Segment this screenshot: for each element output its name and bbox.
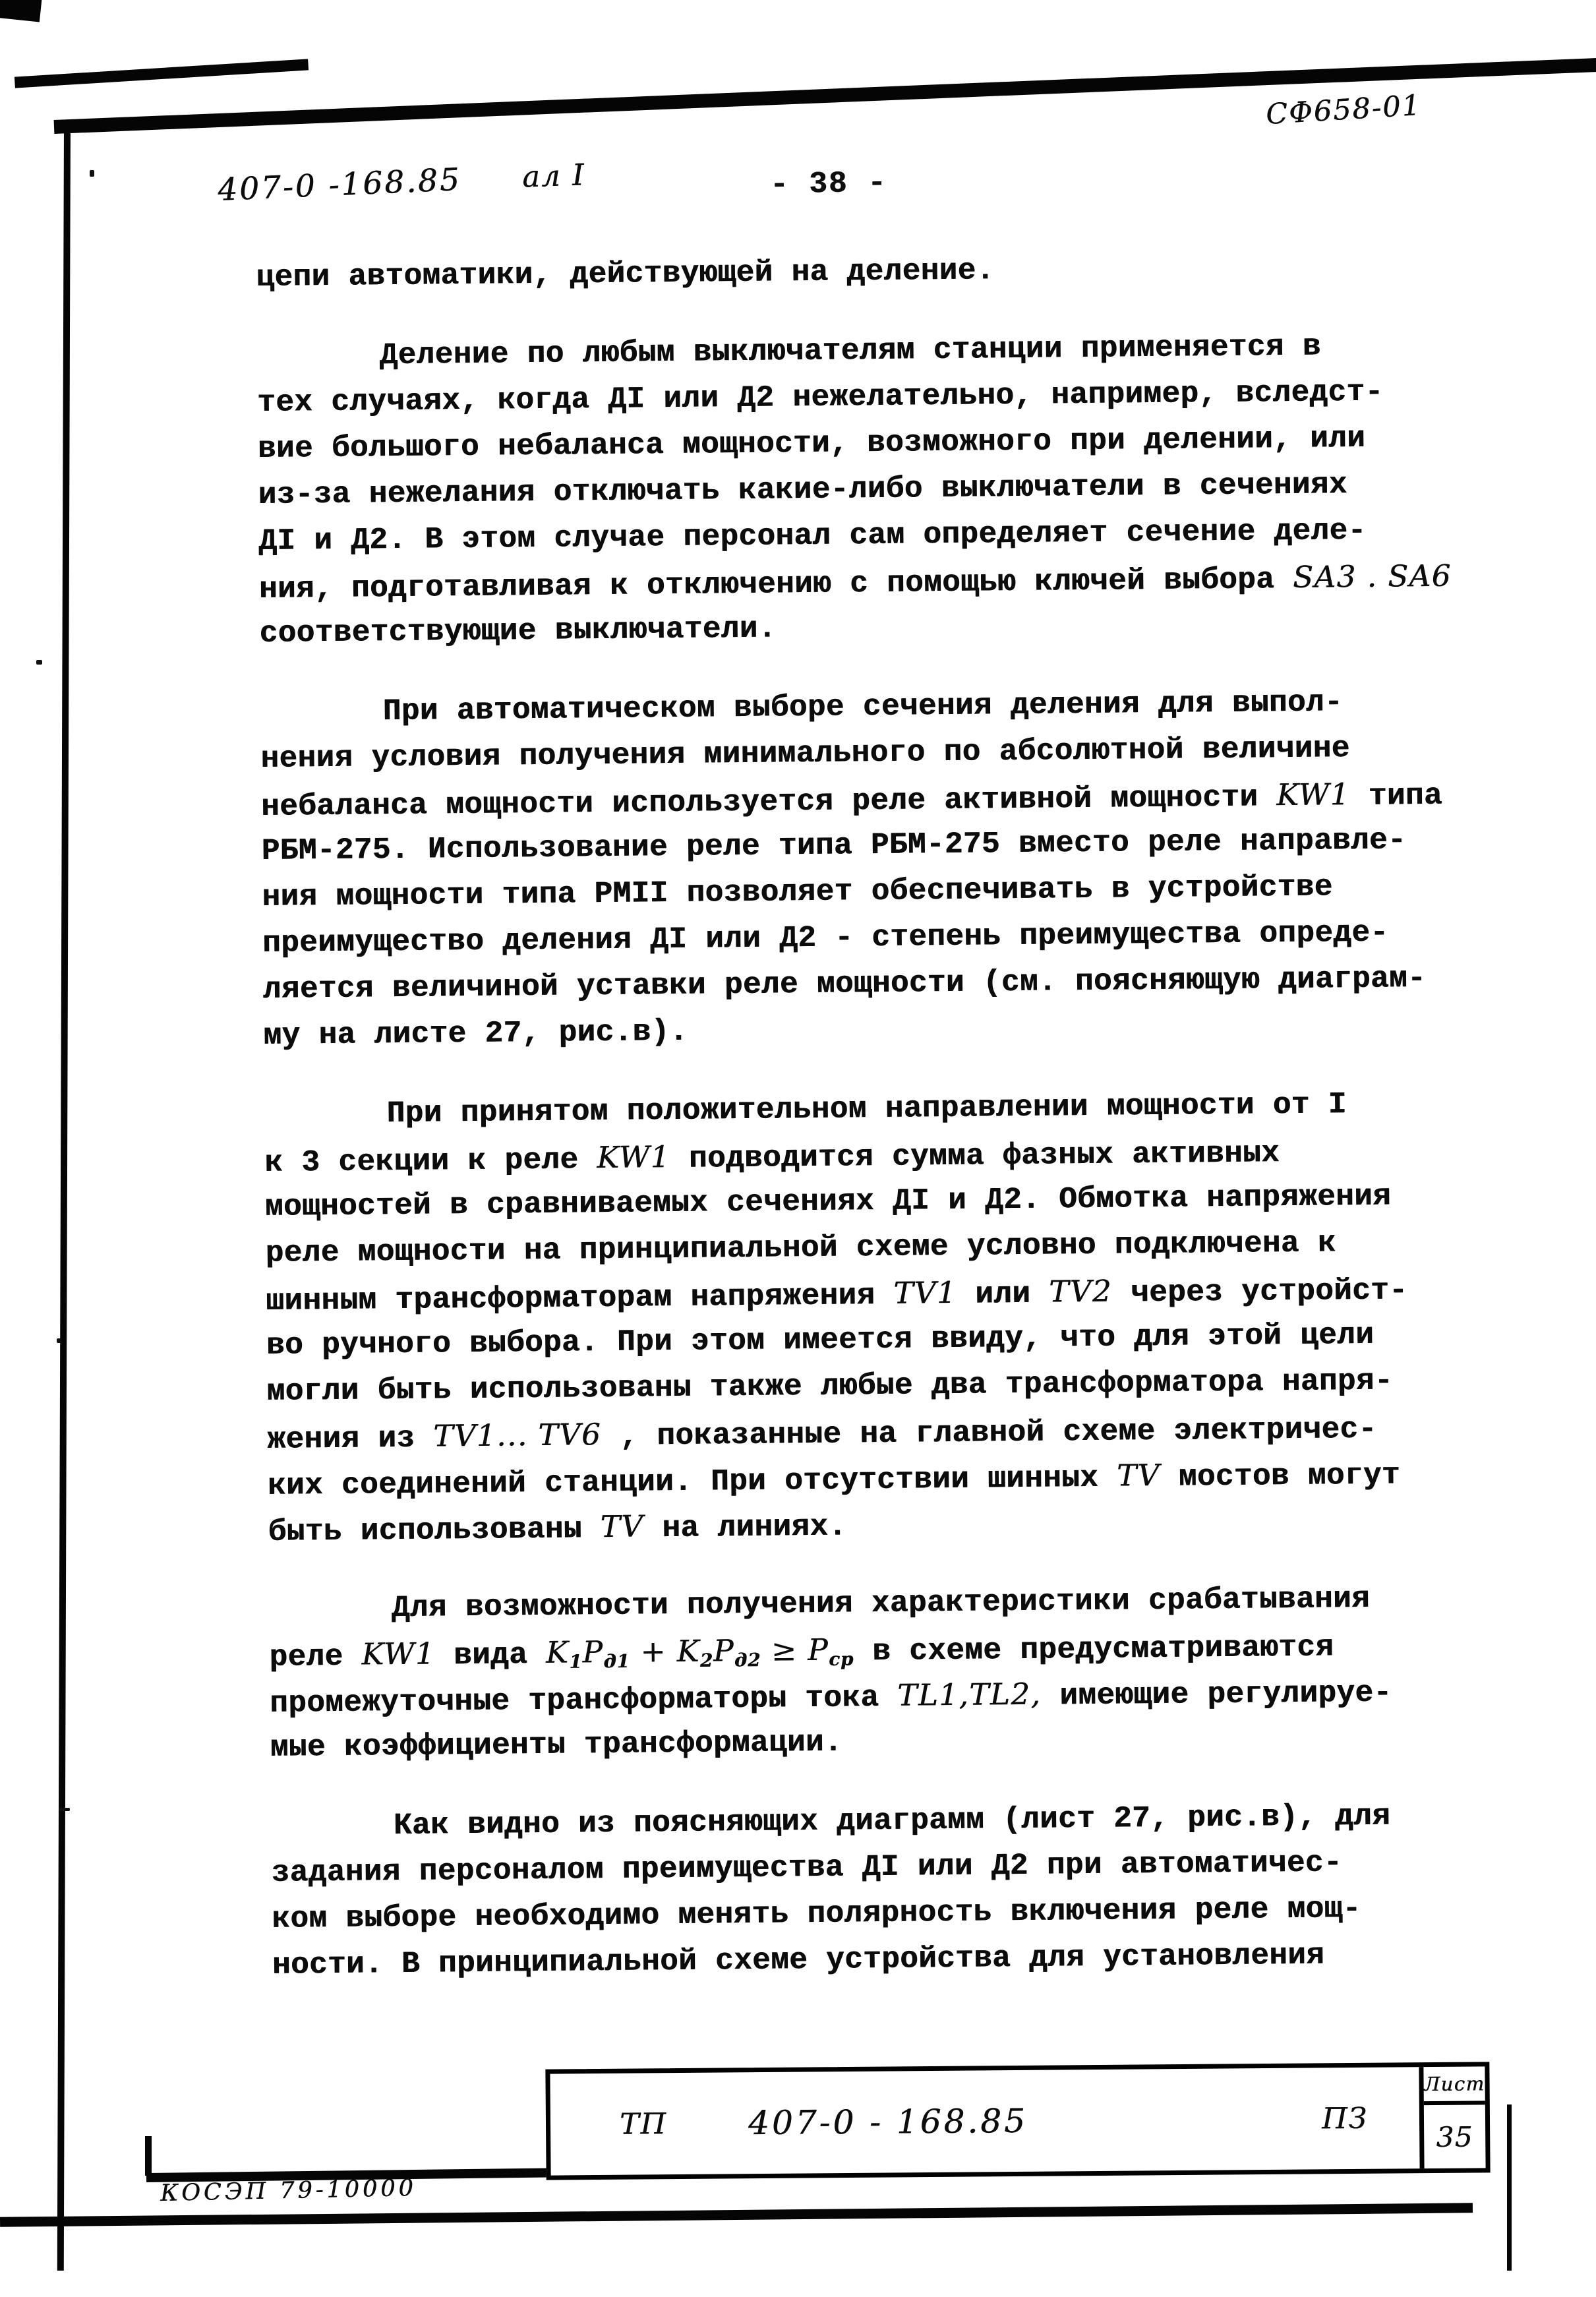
typewritten-text: При автоматическом выборе сечения делени… xyxy=(382,685,1343,729)
typewritten-text: Как видно из поясняющих диаграмм (лист 2… xyxy=(394,1799,1391,1843)
paragraph: Для возможности получения характеристики… xyxy=(268,1574,1467,1770)
right-stray-line xyxy=(1507,2104,1512,2271)
typewritten-text: шинным трансформаторам напряжения xyxy=(266,1278,894,1319)
sheet-number: 35 xyxy=(1424,2104,1486,2168)
typewritten-text: мостов могут xyxy=(1160,1458,1400,1494)
typewritten-text: могли быть использованы также любые два … xyxy=(266,1364,1393,1409)
handwritten-text: KW1 xyxy=(361,1636,435,1671)
paragraph: Как видно из поясняющих диаграмм (лист 2… xyxy=(271,1792,1469,1988)
ink-speck xyxy=(90,170,94,177)
typewritten-text: к 3 секции к реле xyxy=(264,1143,597,1180)
typewritten-text: преимущество деления ДІ или Д2 - степень… xyxy=(262,916,1389,961)
typewritten-text: При принятом положительном направлении м… xyxy=(386,1087,1347,1131)
typewritten-text: Для возможности получения характеристики… xyxy=(391,1582,1370,1625)
handwritten-subscript: 2 xyxy=(700,1650,714,1671)
typewritten-text: реле мощности на принципиальной схеме ус… xyxy=(265,1226,1336,1270)
typewritten-text: имеющие регулируе- xyxy=(1041,1676,1392,1714)
title-block-sheet-cell: Лист 35 xyxy=(1419,2066,1485,2168)
typewritten-text: цепи автоматики, действующей на деление. xyxy=(256,253,995,295)
typewritten-text: Деление по любым выключателям станции пр… xyxy=(379,329,1321,373)
typewritten-text: мые коэффициенты трансформации. xyxy=(270,1725,842,1765)
title-block-tp: ТП xyxy=(620,2107,667,2141)
left-border-line xyxy=(57,123,71,2271)
scan-corner-mark xyxy=(0,0,42,22)
typewritten-text: в схеме предусматриваются xyxy=(854,1630,1334,1669)
typewritten-text: небаланса мощности используется реле акт… xyxy=(261,780,1277,824)
footer-print-code: КОСЭП 79-10000 xyxy=(160,2175,417,2207)
typewritten-text: ДІ и Д2. В этом случае персонал сам опре… xyxy=(258,514,1367,558)
handwritten-subscript: 1 xyxy=(569,1651,583,1673)
typewritten-text: мощностей в сравниваемых сечениях ДІ и Д… xyxy=(265,1179,1392,1224)
handwritten-text: TV1... TV6 xyxy=(433,1417,601,1453)
handwritten-text: P xyxy=(808,1632,829,1667)
typewritten-text: промежуточные трансформаторы тока xyxy=(270,1681,898,1721)
typewritten-text: РБМ-275. Использование реле типа РБМ-275… xyxy=(261,823,1406,868)
ink-speck xyxy=(59,1808,70,1811)
handwritten-text: ≥ xyxy=(761,1632,808,1668)
handwritten-text: + xyxy=(630,1634,676,1669)
typewritten-text: быть использованы xyxy=(268,1512,601,1549)
sheet-label: Лист xyxy=(1423,2066,1485,2105)
typewritten-text: на линиях. xyxy=(643,1509,847,1545)
typewritten-text: подводится сумма фазных активных xyxy=(670,1136,1280,1176)
handwritten-text: KW1 xyxy=(597,1139,670,1175)
paragraph: цепи автоматики, действующей на деление. xyxy=(256,243,1453,301)
typewritten-text: во ручного выбора. При этом имеется ввид… xyxy=(266,1318,1374,1363)
handwritten-subscript: д2 xyxy=(734,1649,761,1671)
typewritten-text: ния мощности типа РМІІ позволяет обеспеч… xyxy=(262,870,1333,914)
typewritten-text: или xyxy=(957,1277,1049,1312)
typewritten-text: через устройст- xyxy=(1112,1273,1408,1310)
handwritten-subscript: д1 xyxy=(603,1650,630,1672)
typewritten-text: из-за нежелания отключать какие-либо вык… xyxy=(258,467,1347,512)
handwritten-text: TV1 xyxy=(893,1275,957,1311)
typewritten-text: ности. В принципиальной схеме устройства… xyxy=(272,1938,1325,1983)
handwritten-text: TV2 xyxy=(1049,1274,1112,1309)
ink-speck xyxy=(36,660,42,665)
top-edge-stroke xyxy=(15,59,309,88)
paragraph: При принятом положительном направлении м… xyxy=(264,1081,1465,1553)
handwritten-text: SA3 . SA6 xyxy=(1293,558,1452,595)
handwritten-text: TV xyxy=(1117,1458,1160,1493)
typewritten-text: ния, подготавливая к отключению с помощь… xyxy=(259,562,1293,607)
typewritten-text: жения из xyxy=(267,1421,434,1456)
document-body: цепи автоматики, действующей на деление.… xyxy=(256,243,1469,2021)
handwritten-text: K xyxy=(546,1635,570,1670)
paragraph: Деление по любым выключателям станции пр… xyxy=(256,322,1456,657)
handwritten-text: P xyxy=(713,1633,734,1668)
handwritten-subscript: ср xyxy=(829,1648,854,1670)
typewritten-text: му на листе 27, рис.в). xyxy=(263,1015,688,1053)
bottom-rule-line xyxy=(0,2203,1473,2226)
typewritten-text: вида xyxy=(435,1638,547,1673)
typewritten-text: тех случаях, когда ДІ или Д2 нежелательн… xyxy=(257,375,1384,420)
handwritten-text: P xyxy=(582,1634,603,1669)
frame-bottom-tick xyxy=(145,2136,152,2176)
typewritten-text: ком выборе необходимо менять полярность … xyxy=(272,1892,1361,1936)
header-album: ал I xyxy=(521,157,585,194)
typewritten-text: соответствующие выключатели. xyxy=(259,611,777,651)
title-block-pz: ПЗ xyxy=(1322,2101,1368,2135)
typewritten-text: ких соединений станции. При отсутствии ш… xyxy=(268,1461,1117,1503)
text-line: цепи автоматики, действующей на деление. xyxy=(256,243,1453,301)
typewritten-text: ляется величиной уставки реле мощности (… xyxy=(262,961,1426,1007)
title-block: ТП 407-0 - 168.85 ПЗ Лист 35 xyxy=(545,2062,1490,2180)
typewritten-text: реле xyxy=(269,1640,362,1675)
handwritten-text: TV xyxy=(600,1508,643,1544)
typewritten-text: , показанные на главной схеме электричес… xyxy=(601,1412,1377,1454)
typewritten-text: типа xyxy=(1350,779,1443,814)
corner-stamp-number: СФ658-01 xyxy=(1265,89,1423,131)
handwritten-text: KW1 xyxy=(1276,777,1350,812)
typewritten-text: нения условия получения минимального по … xyxy=(260,731,1350,776)
title-block-doc-number: 407-0 - 168.85 xyxy=(748,2102,1028,2142)
typewritten-text: вие большого небаланса мощности, возможн… xyxy=(258,421,1366,466)
ink-speck xyxy=(57,1338,61,1343)
handwritten-text: TL1,TL2, xyxy=(897,1677,1042,1713)
typewritten-text: задания персоналом преимущества ДІ или Д… xyxy=(271,1845,1342,1890)
header-page-number: - 38 - xyxy=(770,165,888,202)
handwritten-text: K xyxy=(676,1634,700,1669)
title-block-main-cell: ТП 407-0 - 168.85 ПЗ xyxy=(550,2067,1419,2175)
paragraph: При автоматическом выборе сечения делени… xyxy=(260,678,1460,1059)
header-doc-number: 407-0 -168.85 xyxy=(217,162,462,208)
